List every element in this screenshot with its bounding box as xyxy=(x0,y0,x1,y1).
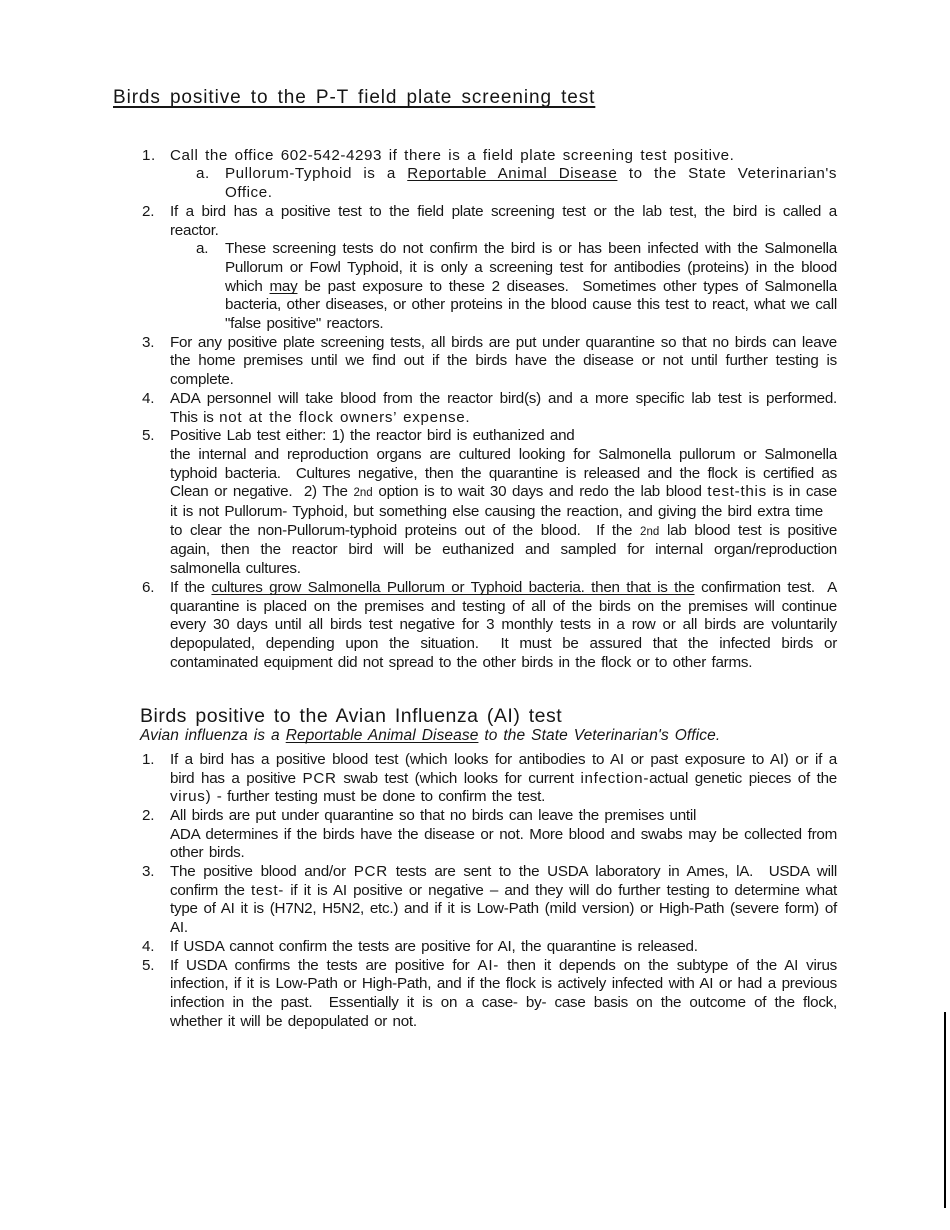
list-marker: 5. xyxy=(142,957,170,976)
list-item: a.These screening tests do not confirm t… xyxy=(196,240,837,334)
list-item-text: The positive blood and/or PCR tests are … xyxy=(170,863,837,938)
list-item: a.Pullorum-Typhoid is a Reportable Anima… xyxy=(196,165,837,202)
text-run: PCR xyxy=(302,770,336,787)
text-run: Pullorum-Typhoid is a xyxy=(225,165,407,182)
section1-title: Birds positive to the P-T field plate sc… xyxy=(113,89,950,108)
text-run: PCR xyxy=(354,863,388,880)
list-marker: 4. xyxy=(142,390,170,409)
list-item-text: If a bird has a positive test to the fie… xyxy=(170,203,837,240)
list-item-text: These screening tests do not confirm the… xyxy=(225,240,837,334)
text-run: If the xyxy=(170,579,211,596)
text-run: All birds are put under quarantine so th… xyxy=(170,807,842,861)
list-item: 4.If USDA cannot confirm the tests are p… xyxy=(142,938,837,957)
text-run: to the State Veterinarian's Office. xyxy=(478,727,720,744)
list-item: 5.Positive Lab test either: 1) the react… xyxy=(142,427,837,579)
list-item-text: Pullorum-Typhoid is a Reportable Animal … xyxy=(225,165,837,202)
text-run: test-this xyxy=(707,483,766,500)
text-run: option is to wait 30 days and redo the l… xyxy=(373,483,708,500)
text-run: If USDA cannot confirm the tests are pos… xyxy=(170,938,698,955)
list-marker: 2. xyxy=(142,203,170,222)
text-run: not at the flock owners’ expense. xyxy=(219,409,470,426)
text-run: If a bird has a positive test to the fie… xyxy=(170,203,842,239)
text-run: virus) xyxy=(170,788,211,805)
list-item: 6.If the cultures grow Salmonella Pullor… xyxy=(142,579,837,673)
list-marker: 1. xyxy=(142,751,170,770)
list-item-text: If USDA cannot confirm the tests are pos… xyxy=(170,938,837,957)
section2-subtitle: Avian influenza is a Reportable Animal D… xyxy=(140,727,840,746)
text-run: Avian influenza is a xyxy=(140,727,286,744)
list-item: 5.If USDA confirms the tests are positiv… xyxy=(142,957,837,1032)
text-run: - further testing must be done to confir… xyxy=(211,788,545,805)
list-item: 1.Call the office 602-542-4293 if there … xyxy=(142,147,837,166)
list-item: 2.If a bird has a positive test to the f… xyxy=(142,203,837,240)
list-item: 1.If a bird has a positive blood test (w… xyxy=(142,751,837,807)
list-marker: 4. xyxy=(142,938,170,957)
list-marker: 3. xyxy=(142,334,170,353)
list-item: 2.All birds are put under quarantine so … xyxy=(142,807,837,863)
text-run: 2nd xyxy=(353,487,372,499)
list-item-text: Call the office 602-542-4293 if there is… xyxy=(170,147,837,166)
list-item-text: If the cultures grow Salmonella Pullorum… xyxy=(170,579,837,673)
list-item: 3.The positive blood and/or PCR tests ar… xyxy=(142,863,837,938)
text-run: If USDA confirms the tests are positive … xyxy=(170,957,478,974)
list-marker: 3. xyxy=(142,863,170,882)
list-item-text: If USDA confirms the tests are positive … xyxy=(170,957,837,1032)
list-marker: 1. xyxy=(142,147,170,166)
text-run: Reportable Animal Disease xyxy=(286,727,479,744)
list-item-text: For any positive plate screening tests, … xyxy=(170,334,837,390)
text-run: AI- xyxy=(478,957,500,974)
text-run: swab test (which looks for current xyxy=(337,770,581,787)
scan-artifact-line xyxy=(944,1012,946,1208)
list-item-text: If a bird has a positive blood test (whi… xyxy=(170,751,837,807)
text-run: infection- xyxy=(580,770,649,787)
text-run: The positive blood and/or xyxy=(170,863,354,880)
list-marker: 6. xyxy=(142,579,170,598)
text-run: For any positive plate screening tests, … xyxy=(170,334,842,388)
section1-list: 1.Call the office 602-542-4293 if there … xyxy=(142,147,837,673)
text-run: Reportable Animal Disease xyxy=(407,165,617,182)
text-run: may xyxy=(270,278,298,295)
text-run: Call the office 602-542-4293 if there is… xyxy=(170,147,734,164)
text-run: test- xyxy=(251,882,284,899)
text-run: 2nd xyxy=(640,526,659,538)
list-item: 4.ADA personnel will take blood from the… xyxy=(142,390,837,427)
text-run: actual genetic pieces of the xyxy=(649,770,842,787)
list-item-text: All birds are put under quarantine so th… xyxy=(170,807,837,863)
section2-title: Birds positive to the Avian Influenza (A… xyxy=(140,707,950,726)
document-page: Birds positive to the P-T field plate sc… xyxy=(0,0,950,1230)
text-run: cultures grow Salmonella Pullorum or Typ… xyxy=(211,579,694,596)
list-marker: a. xyxy=(196,165,225,184)
list-item: 3.For any positive plate screening tests… xyxy=(142,334,837,390)
list-item-text: Positive Lab test either: 1) the reactor… xyxy=(170,427,837,579)
list-marker: a. xyxy=(196,240,225,259)
list-item-text: ADA personnel will take blood from the r… xyxy=(170,390,837,427)
section2-list: 1.If a bird has a positive blood test (w… xyxy=(142,751,837,1032)
list-marker: 5. xyxy=(142,427,170,446)
list-marker: 2. xyxy=(142,807,170,826)
text-run: be past exposure to these 2 diseases. So… xyxy=(225,278,842,332)
